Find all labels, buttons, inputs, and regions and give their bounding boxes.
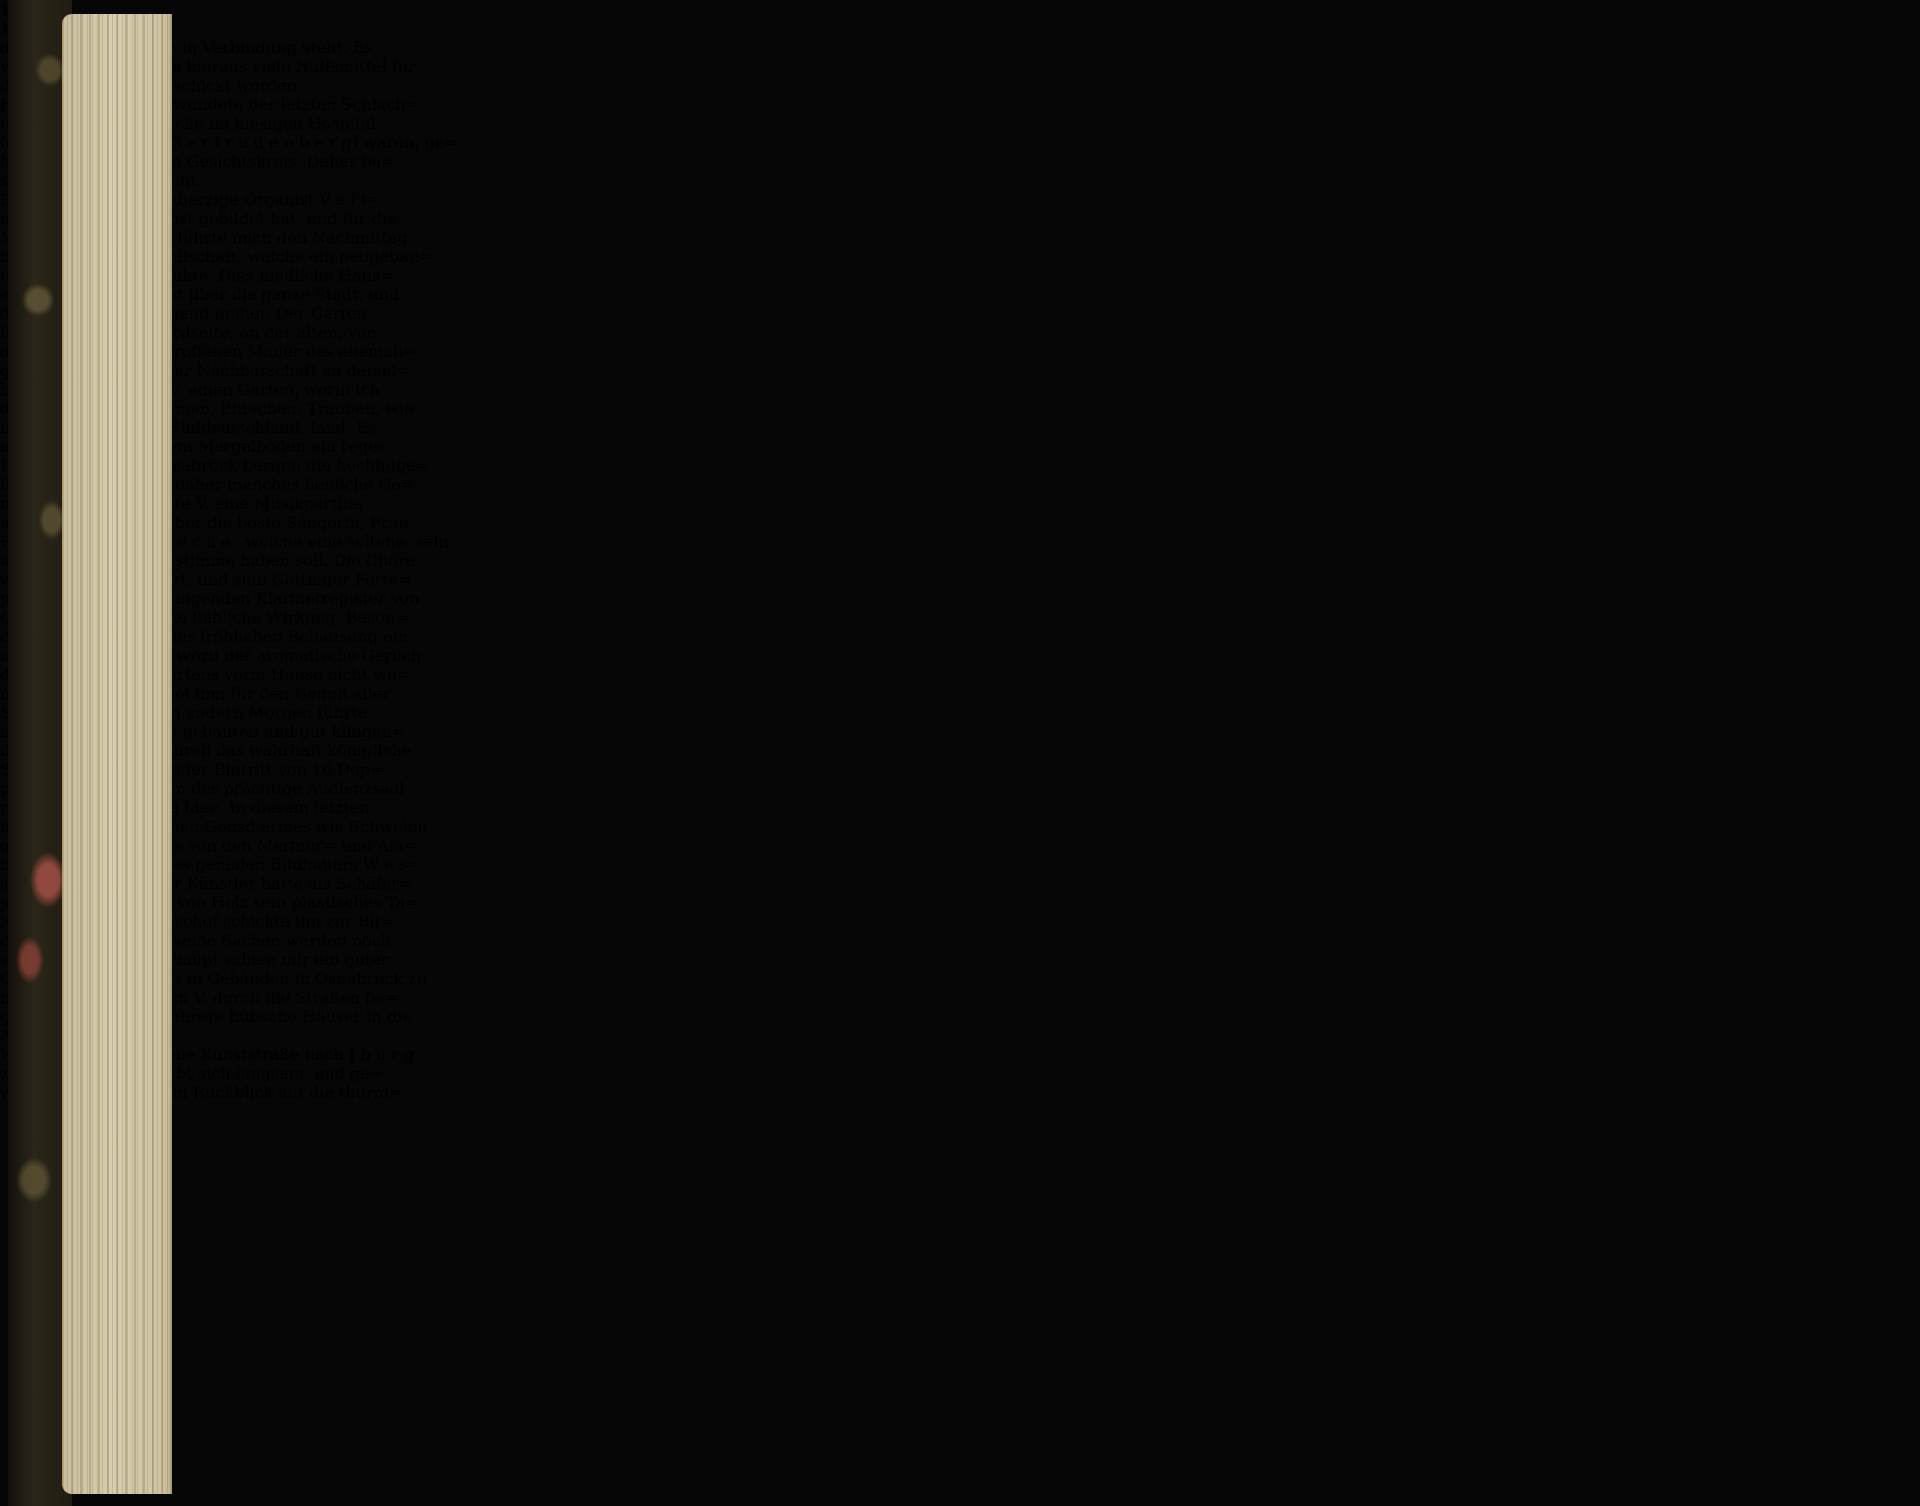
text-line: die herrlichsten Pflaumen, Pfirschen, Tr… xyxy=(0,399,1920,418)
text-line: Schloß. Ein imponirender Eintritt von 16… xyxy=(0,760,1920,779)
text-line: der Mittagssonne getroffenen Mauer des e… xyxy=(0,342,1920,361)
text-line: s e l verwüstet. Dieser Künstler hatte a… xyxy=(0,874,1920,893)
text-line: hörten nicht in unsern Gesichtskreis. Da… xyxy=(0,152,1920,171)
text-line: ben Mauer hat auch V. einen Garten, wori… xyxy=(0,380,1920,399)
text-line: nig beiträgt; so daß bei ihm für den Gen… xyxy=(0,684,1920,703)
text-line: C o u r t i n macht eine liebliche Wirku… xyxy=(0,608,1920,627)
text-line: Sinne gesorgt ist. Den andern Morgen füh… xyxy=(0,703,1920,722)
text-line: den nächsten Städten in Verbindung steht… xyxy=(0,38,1920,57)
text-line: Pflanzenleben um Osnabrück herum; die ho… xyxy=(0,456,1920,475)
page-header-right: 13 xyxy=(0,19,1920,38)
text-line: angenehme Kontraaltstimme haben soll. Di… xyxy=(0,551,1920,570)
page-edge-stack-bottom xyxy=(110,1458,850,1504)
text-line: Wir wanderten die neue Kunststraße nach … xyxy=(0,1045,1920,1064)
text-line: in eine fröhliche Gesellschaft, welche e… xyxy=(0,247,1920,266)
text-line: hatten die französischen Gensd’armes wie… xyxy=(0,817,1920,836)
page-edge-stack-left xyxy=(62,14,172,1494)
text-line: baster=Bildwerken des genialen Bildhauer… xyxy=(0,855,1920,874)
page-text-right: wurden gut ausgeführt; und sein Göttinge… xyxy=(0,570,1920,1102)
text-line: in Sanssouci oder in Süddeutschland, fan… xyxy=(0,418,1920,437)
text-line: Registratorin W a r n e c k e , welche e… xyxy=(0,532,1920,551)
text-line: Musik lebt und webt, führte mich den Nac… xyxy=(0,228,1920,247)
text-line: junge in Schnitzwerk von Holz sein plast… xyxy=(0,893,1920,912)
text-line: mich V. in den hübsch gebauten und gut k… xyxy=(0,722,1920,741)
text-line: die Hospitäler weggeschickt worden. xyxy=(0,76,1920,95)
text-line: m a n n , der sich selbst gebildet hat, … xyxy=(0,209,1920,228)
text-line: gen Weichbildes. In der Nachbarschaft an… xyxy=(0,361,1920,380)
text-line: ruht, giebt eine große Idee. In diesem l… xyxy=(0,798,1920,817)
page-header-left: 12 xyxy=(0,0,1920,19)
text-line: des bunten Blumengartens vorm Hause nich… xyxy=(0,665,1920,684)
text-line: lige Gegend gewährt daher manches liebli… xyxy=(0,475,1920,494)
text-line: piano mit dem wohlklingenden Klarinetreg… xyxy=(0,589,1920,608)
text-line: dung nach Rom; und seine Sachen werden n… xyxy=(0,931,1920,950)
text-line: (ehemaligen Kloster G e r t r u d e n b … xyxy=(0,133,1920,152)
text-line: Geschmack besonders in Gebäuden in Osnab… xyxy=(0,969,1920,988)
text-line: mälde. Am Abend hatte V. eine Musikparth… xyxy=(0,494,1920,513)
text-line: waren auch schon von hieraus viele Hülfs… xyxy=(0,57,1920,76)
text-line: die weite bergige Gegend umher. Der Gart… xyxy=(0,304,1920,323)
text-line: lent angezeigt. Ein Bischof schickte ihn… xyxy=(0,912,1920,931)
text-line: sehr geachtet. Ueberhaupt schien mir ein… xyxy=(0,950,1920,969)
text-line: Hier waren keine Verwundete der letzten … xyxy=(0,95,1920,114)
text-line: wurden gut ausgeführt; und sein Göttinge… xyxy=(0,570,1920,589)
text-line: ist überhaupt in diesem Mergelboden ein … xyxy=(0,437,1920,456)
text-line: ders fühlt man in seiner fröhlichen Beha… xyxy=(0,627,1920,646)
text-line: angestellt; es fehlte aber die beste Sän… xyxy=(0,513,1920,532)
open-book-photo: 12 13 den nächsten Städten in Verbindung… xyxy=(0,0,1920,1506)
text-line: ten. Die Sachsen, welche im hiesigen Hos… xyxy=(0,114,1920,133)
text-line: angenehmes Daseyn, wozu der aromatische … xyxy=(0,646,1920,665)
text-line: währt dem Wandrer im Rückblick auf die t… xyxy=(0,1083,1920,1102)
text-line: suchte ich es auch nicht. xyxy=(0,171,1920,190)
text-line: pelsäulen, auf welchen der prächtige Aud… xyxy=(0,779,1920,798)
text-line: den Musiksaal, und durch das wahrhaft kö… xyxy=(0,741,1920,760)
text-line: gehaust, und manches von den Marmor= und… xyxy=(0,836,1920,855)
text-line: Der genialische, offenherzige Organist V… xyxy=(0,190,1920,209)
text-line: gleitete, fielen mir mehrere hübsche Häu… xyxy=(0,1007,1920,1026)
text-line: herrschen. Indem mich V. durch die Straß… xyxy=(0,988,1920,1007)
text-line: chen hat eine Aussicht über die ganze St… xyxy=(0,285,1920,304)
text-line: Augen. xyxy=(0,1026,1920,1045)
page-text-left: den nächsten Städten in Verbindung steht… xyxy=(0,38,1920,570)
text-line: tes Gartenhaus einweihte. Dies niedliche… xyxy=(0,266,1920,285)
text-line: zu. Die Landschaft hebt sich langsam, un… xyxy=(0,1064,1920,1083)
text-line: liegt hoch auf der Nordseite, an der alt… xyxy=(0,323,1920,342)
